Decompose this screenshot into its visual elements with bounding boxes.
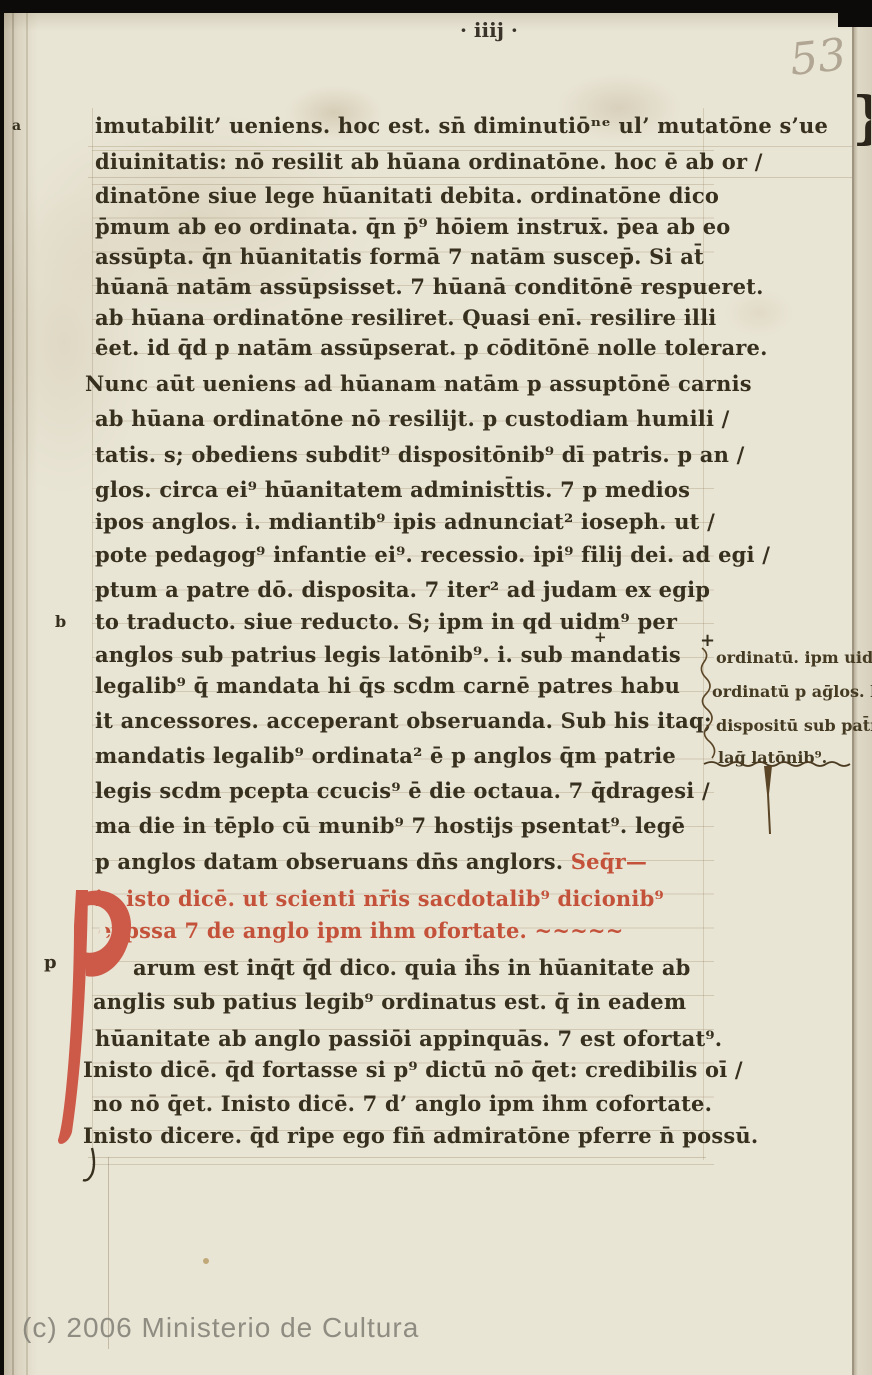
text-line: it ancessores. acceperant obseruanda. Su… xyxy=(95,707,712,734)
text-line: hūanā natām assūpsisset. 7 hūanā conditō… xyxy=(95,273,764,300)
ruled-line xyxy=(88,177,858,178)
text-line: ēet. id q̄d p natām assūpserat. p cōditō… xyxy=(95,334,768,361)
text-line: no nō q̄et. Inisto dicē. 7 d’ anglo ipm … xyxy=(93,1090,712,1117)
rubric-line: expssa 7 de anglo ipm ihm ofortate. ~~~~… xyxy=(98,917,624,944)
text-line-ink: p anglos datam obseruans dn̄s anglors. xyxy=(95,849,571,874)
text-line: anglis sub patius legib⁹ ordinatus est. … xyxy=(93,988,686,1015)
text-line: legis scdm pcepta ccucis⁹ ē die octaua. … xyxy=(95,777,710,804)
text-line: dinatōne siue lege hūanitati debita. ord… xyxy=(95,182,719,209)
text-line: p anglos datam obseruans dn̄s anglors. S… xyxy=(95,848,647,875)
text-line: glos. circa ei⁹ hūanitatem administ̄tis.… xyxy=(95,476,690,503)
next-page-ink-showthrough: } xyxy=(852,83,871,163)
copyright-watermark: (c) 2006 Ministerio de Cultura xyxy=(22,1312,419,1344)
margin-letter-b: b xyxy=(55,612,66,631)
gloss-bracket-and-tie-mark xyxy=(692,644,872,874)
illuminated-initial-P xyxy=(50,886,142,1156)
initial-letter-shape xyxy=(50,886,142,1156)
text-line: Inisto dicere. q̄d ripe ego fin̄ admirat… xyxy=(83,1122,758,1149)
text-line: ab hūana ordinatōne resiliret. Quasi enī… xyxy=(95,304,716,331)
text-line: ma die in tēplo cū munib⁹ 7 hostijs psen… xyxy=(95,812,685,839)
text-line: imutabilit’ ueniens. hoc est. sn̄ diminu… xyxy=(95,112,828,139)
margin-letter-a: a xyxy=(12,118,21,134)
quire-mark: · iiij · xyxy=(460,18,518,42)
ruled-line xyxy=(88,146,858,147)
text-line: anglos sub patrius legis latōnib⁹. i. su… xyxy=(95,641,681,668)
scan-edge-top xyxy=(0,0,872,13)
text-line: pote pedagog⁹ infantie ei⁹. recessio. ip… xyxy=(95,541,770,568)
text-line: to traducto. siue reducto. S; ipm in qd … xyxy=(95,608,677,635)
descender-flourish xyxy=(82,1148,112,1188)
text-line: p̄mum ab eo ordinata. q̄n p̄⁹ hōiem inst… xyxy=(95,213,731,240)
text-line: arum est inq̄t q̄d dico. quia ih̄s in hū… xyxy=(133,954,691,981)
text-line: diuinitatis: nō resilit ab hūana ordinat… xyxy=(95,148,763,175)
text-line: legalib⁹ q̄ mandata hi q̄s scdm carnē pa… xyxy=(95,672,680,699)
text-line: ipos anglos. i. mdiantib⁹ ipis adnunciat… xyxy=(95,508,715,535)
text-line: Nunc aūt ueniens ad hūanam natām p assup… xyxy=(85,370,752,397)
catchword-rubric: Seq̄r— xyxy=(571,849,647,874)
text-line: assūpta. q̄n hūanitatis formā 7 natām su… xyxy=(95,243,704,270)
text-line: tatis. s; obediens subdit⁹ dispositōnib⁹… xyxy=(95,441,744,468)
ruled-line xyxy=(88,1157,706,1158)
text-line: mandatis legalib⁹ ordinata² ē p anglos q… xyxy=(95,742,676,769)
text-line: hūanitate ab anglo passiōi appinquās. 7 … xyxy=(95,1025,722,1052)
binding-crease xyxy=(12,13,14,1375)
text-line: ab hūana ordinatōne nō resilijt. p custo… xyxy=(95,405,730,432)
text-line: Inisto dicē. q̄d fortasse si p⁹ dictū nō… xyxy=(83,1056,743,1083)
text-line: ptum a patre dō. disposita. 7 iter² ad j… xyxy=(95,576,710,603)
rubric-line: in isto dicē. ut scienti nr̄is sacdotali… xyxy=(95,885,664,912)
binding-crease xyxy=(26,13,28,1375)
scan-edge-corner xyxy=(838,0,872,27)
folio-number: 53 xyxy=(787,29,848,86)
parchment-stain xyxy=(203,1258,209,1264)
